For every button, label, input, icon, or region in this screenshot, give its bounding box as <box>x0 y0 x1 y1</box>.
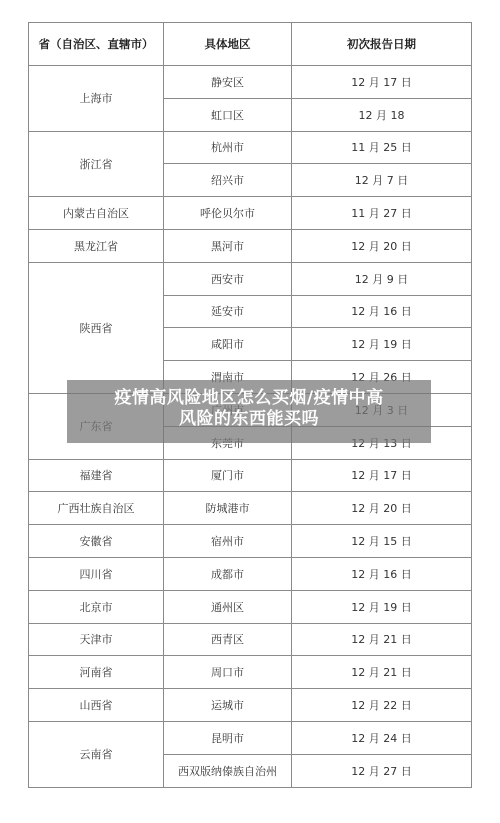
article-title-overlay: 疫情高风险地区怎么买烟/疫情中高 风险的东西能买吗 <box>67 380 431 443</box>
province-cell: 云南省 <box>29 721 164 787</box>
table-row: 福建省厦门市12 月 17 日 <box>29 459 472 492</box>
province-cell: 安徽省 <box>29 525 164 558</box>
overlay-title-line2: 风险的东西能买吗 <box>67 409 431 430</box>
area-cell: 运城市 <box>164 689 292 722</box>
table-row: 山西省运城市12 月 22 日 <box>29 689 472 722</box>
header-province: 省（自治区、直辖市） <box>29 23 164 66</box>
area-cell: 绍兴市 <box>164 164 292 197</box>
area-cell: 西青区 <box>164 623 292 656</box>
table-row: 河南省周口市12 月 21 日 <box>29 656 472 689</box>
province-cell: 河南省 <box>29 656 164 689</box>
area-cell: 通州区 <box>164 590 292 623</box>
report-date-cell: 12 月 17 日 <box>292 66 472 99</box>
report-date-cell: 11 月 27 日 <box>292 197 472 230</box>
province-cell: 天津市 <box>29 623 164 656</box>
area-cell: 虹口区 <box>164 98 292 131</box>
province-cell: 四川省 <box>29 557 164 590</box>
province-cell: 广西壮族自治区 <box>29 492 164 525</box>
province-cell: 黑龙江省 <box>29 229 164 262</box>
area-cell: 昆明市 <box>164 721 292 754</box>
area-cell: 周口市 <box>164 656 292 689</box>
area-cell: 黑河市 <box>164 229 292 262</box>
table-row: 北京市通州区12 月 19 日 <box>29 590 472 623</box>
table-header-row: 省（自治区、直辖市） 具体地区 初次报告日期 <box>29 23 472 66</box>
header-area: 具体地区 <box>164 23 292 66</box>
table-row: 广西壮族自治区防城港市12 月 20 日 <box>29 492 472 525</box>
area-cell: 静安区 <box>164 66 292 99</box>
report-date-cell: 11 月 25 日 <box>292 131 472 164</box>
province-cell: 北京市 <box>29 590 164 623</box>
table-row: 天津市西青区12 月 21 日 <box>29 623 472 656</box>
province-cell: 陕西省 <box>29 262 164 393</box>
table-row: 浙江省杭州市11 月 25 日 <box>29 131 472 164</box>
report-date-cell: 12 月 7 日 <box>292 164 472 197</box>
area-cell: 西双版纳傣族自治州 <box>164 754 292 787</box>
area-cell: 杭州市 <box>164 131 292 164</box>
table-row: 四川省成都市12 月 16 日 <box>29 557 472 590</box>
report-date-cell: 12 月 19 日 <box>292 328 472 361</box>
table-row: 安徽省宿州市12 月 15 日 <box>29 525 472 558</box>
area-cell: 防城港市 <box>164 492 292 525</box>
province-cell: 上海市 <box>29 66 164 132</box>
report-date-cell: 12 月 19 日 <box>292 590 472 623</box>
report-date-cell: 12 月 16 日 <box>292 557 472 590</box>
report-date-cell: 12 月 21 日 <box>292 656 472 689</box>
province-cell: 山西省 <box>29 689 164 722</box>
area-cell: 咸阳市 <box>164 328 292 361</box>
area-cell: 西安市 <box>164 262 292 295</box>
overlay-title-line1: 疫情高风险地区怎么买烟/疫情中高 <box>67 388 431 409</box>
table-row: 上海市静安区12 月 17 日 <box>29 66 472 99</box>
report-date-cell: 12 月 20 日 <box>292 492 472 525</box>
report-date-cell: 12 月 9 日 <box>292 262 472 295</box>
header-date: 初次报告日期 <box>292 23 472 66</box>
area-cell: 厦门市 <box>164 459 292 492</box>
report-date-cell: 12 月 24 日 <box>292 721 472 754</box>
report-date-cell: 12 月 22 日 <box>292 689 472 722</box>
table-row: 内蒙古自治区呼伦贝尔市11 月 27 日 <box>29 197 472 230</box>
area-cell: 呼伦贝尔市 <box>164 197 292 230</box>
report-date-cell: 12 月 27 日 <box>292 754 472 787</box>
report-date-cell: 12 月 16 日 <box>292 295 472 328</box>
area-cell: 成都市 <box>164 557 292 590</box>
area-cell: 宿州市 <box>164 525 292 558</box>
report-date-cell: 12 月 17 日 <box>292 459 472 492</box>
report-date-cell: 12 月 20 日 <box>292 229 472 262</box>
report-date-cell: 12 月 15 日 <box>292 525 472 558</box>
report-date-cell: 12 月 21 日 <box>292 623 472 656</box>
area-cell: 延安市 <box>164 295 292 328</box>
table-row: 陕西省西安市12 月 9 日 <box>29 262 472 295</box>
province-cell: 内蒙古自治区 <box>29 197 164 230</box>
report-date-cell: 12 月 18 <box>292 98 472 131</box>
table-row: 云南省昆明市12 月 24 日 <box>29 721 472 754</box>
province-cell: 浙江省 <box>29 131 164 197</box>
table-row: 黑龙江省黑河市12 月 20 日 <box>29 229 472 262</box>
province-cell: 福建省 <box>29 459 164 492</box>
